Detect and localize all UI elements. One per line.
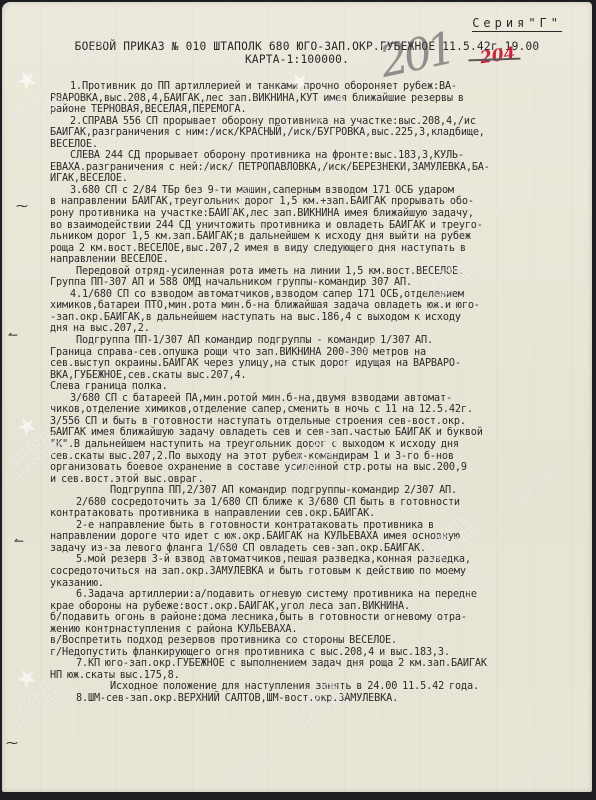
pencil-page-number: 201 (375, 23, 456, 88)
order-line: 3/680 СП с батареей ПА,мин.ротой мин.б-н… (50, 393, 584, 405)
order-line: БАИГАК имея ближайшую задачу овладеть се… (50, 427, 584, 439)
order-line: направлении дороге что идет с юж.окр.БАИ… (50, 531, 584, 543)
order-line: 5.мой резерв 3-й взвод автоматчиков,пеша… (50, 554, 584, 566)
order-line: СЛЕВА 244 СД прорывает оборону противник… (50, 150, 584, 162)
margin-mark: ⁓ (6, 736, 18, 750)
order-line: -зап.окр.БАИГАК,в дальнейшем наступать н… (50, 312, 584, 324)
order-line: 2.СПРАВА 556 СП прорывает оборону против… (50, 116, 584, 128)
order-line: НП юж.скаты выс.175,8. (50, 670, 584, 682)
order-line: Граница справа-сев.опушка рощи что зап.В… (50, 347, 584, 359)
order-line: крае обороны на рубеже:вост.окр.БАИГАК,у… (50, 601, 584, 613)
order-line: указанию. (50, 578, 584, 590)
order-line: г/Недопустить фланкирующего огня противн… (50, 647, 584, 659)
order-line: задачу из-за левого фланга 1/680 СП овла… (50, 543, 584, 555)
order-line: 8.ШМ-сев-зап.окр.ВЕРХНИЙ САЛТОВ,ШМ-вост.… (50, 693, 584, 705)
order-line: ВЕСЕЛОЕ. (50, 139, 584, 151)
order-line: направлении ВЕСЕЛОЕ. (50, 254, 584, 266)
order-line: Подгруппа ПП-1/307 АП командир подгруппы… (50, 335, 584, 347)
order-line: БАИГАК,разграничения с ним:/иск/КРАСНЫЙ,… (50, 127, 584, 139)
order-line: во взаимодействии 244 СД уничтожить прот… (50, 220, 584, 232)
order-line: 2/680 сосредоточить за 1/680 СП ближе к … (50, 497, 584, 509)
order-line: 6.Задача артиллерии:а/подавить огневую с… (50, 589, 584, 601)
order-line: контратаковать противника в направлении … (50, 508, 584, 520)
order-line: и сев.вост.этой выс.овраг. (50, 474, 584, 486)
order-line: ИГАК,ВЕСЕЛОЕ. (50, 173, 584, 185)
order-line: 7.КП юго-зап.окр.ГУБЕЖНОЕ с выполнением … (50, 658, 584, 670)
order-line: сосредоточиться на зап.окр.ЗАМУЛЕВКА и б… (50, 566, 584, 578)
order-line: ЕВАХА.разграничения с ней:/иск/ ПЕТРОПАВ… (50, 162, 584, 174)
order-line: Группа ПП-307 АП и 588 ОМД начальником г… (50, 277, 584, 289)
order-line: РВАРОВКА,выс.208,4,БАИГАК,лес зап.ВИКНИН… (50, 93, 584, 105)
order-line: районе ТЕРНОВАЯ,ВЕСЕЛАЯ,ПЕРЕМОГА. (50, 104, 584, 116)
watermark-archive: ЦАМО.РФ (519, 753, 564, 793)
star-icon: ★ (10, 660, 43, 695)
watermark-archive: ЦАМО.РФ (224, 753, 269, 793)
margin-mark: ↼ (14, 534, 24, 548)
order-line: дня на выс.207,2. (50, 323, 584, 335)
order-line: сев.скаты выс.207,2.По выходу на этот ру… (50, 451, 584, 463)
order-line: 4.1/680 СП со взводом автоматчиков,взвод… (50, 289, 584, 301)
document-page: Серия"Г" БОЕВОЙ ПРИКАЗ № 010 ШТАПОЛК 680… (2, 2, 592, 792)
document-series: Серия"Г" (472, 16, 562, 32)
margin-mark: ↼ (8, 328, 18, 342)
order-line: льником дорог 1,5 км.зап.БАИГАК;в дальне… (50, 231, 584, 243)
order-line: 1.Противник до ПП артиллерией и танками … (50, 81, 584, 93)
order-line: сев.выступ окраины.БАИГАК через улицу,на… (50, 358, 584, 370)
order-line: в/Воспретить подход резервов противника … (50, 635, 584, 647)
order-line: "К".В дальнейшем наступить на треугольни… (50, 439, 584, 451)
order-line: б/подавить огонь в районе:дома лесника,б… (50, 612, 584, 624)
star-icon: ★ (10, 62, 43, 97)
order-line: роща 2 км.вост.ВЕСЕЛОЕ,выс.207,2 имея в … (50, 243, 584, 255)
order-line: Слева граница полка. (50, 381, 584, 393)
star-icon: ★ (10, 408, 43, 443)
order-line: ВКА,ГУБЕЖНОЕ,сев.скаты выс.207,4. (50, 370, 584, 382)
order-line: Передовой отряд-усиленная рота иметь на … (50, 266, 584, 278)
order-body: 1.Противник до ПП артиллерией и танками … (50, 81, 584, 705)
order-line: чиков,отделение химиков,отделение сапер,… (50, 404, 584, 416)
order-line: жению контрнаступления с района КУЛЬЕВАХ… (50, 624, 584, 636)
order-line: организовать боевое охранение в составе … (50, 462, 584, 474)
order-line: рону противника на участке:БАИГАК,лес за… (50, 208, 584, 220)
order-line: 2-е направление быть в готовности контра… (50, 520, 584, 532)
margin-mark: ⁓ (16, 199, 28, 213)
order-line: 3.680 СП с 2/84 ТБр без 9-ти машин,сапер… (50, 185, 584, 197)
order-line: химиков,батареи ПТО,мин.рота мин.б-на бл… (50, 300, 584, 312)
order-line: Исходное положение для наступления занят… (50, 681, 584, 693)
order-line: в направлении БАИГАК,треугольник дорог 1… (50, 196, 584, 208)
order-line: 3/556 СП и быть в готовности наступать о… (50, 416, 584, 428)
order-line: Подгруппа ПП,2/307 АП командир подгруппы… (50, 485, 584, 497)
